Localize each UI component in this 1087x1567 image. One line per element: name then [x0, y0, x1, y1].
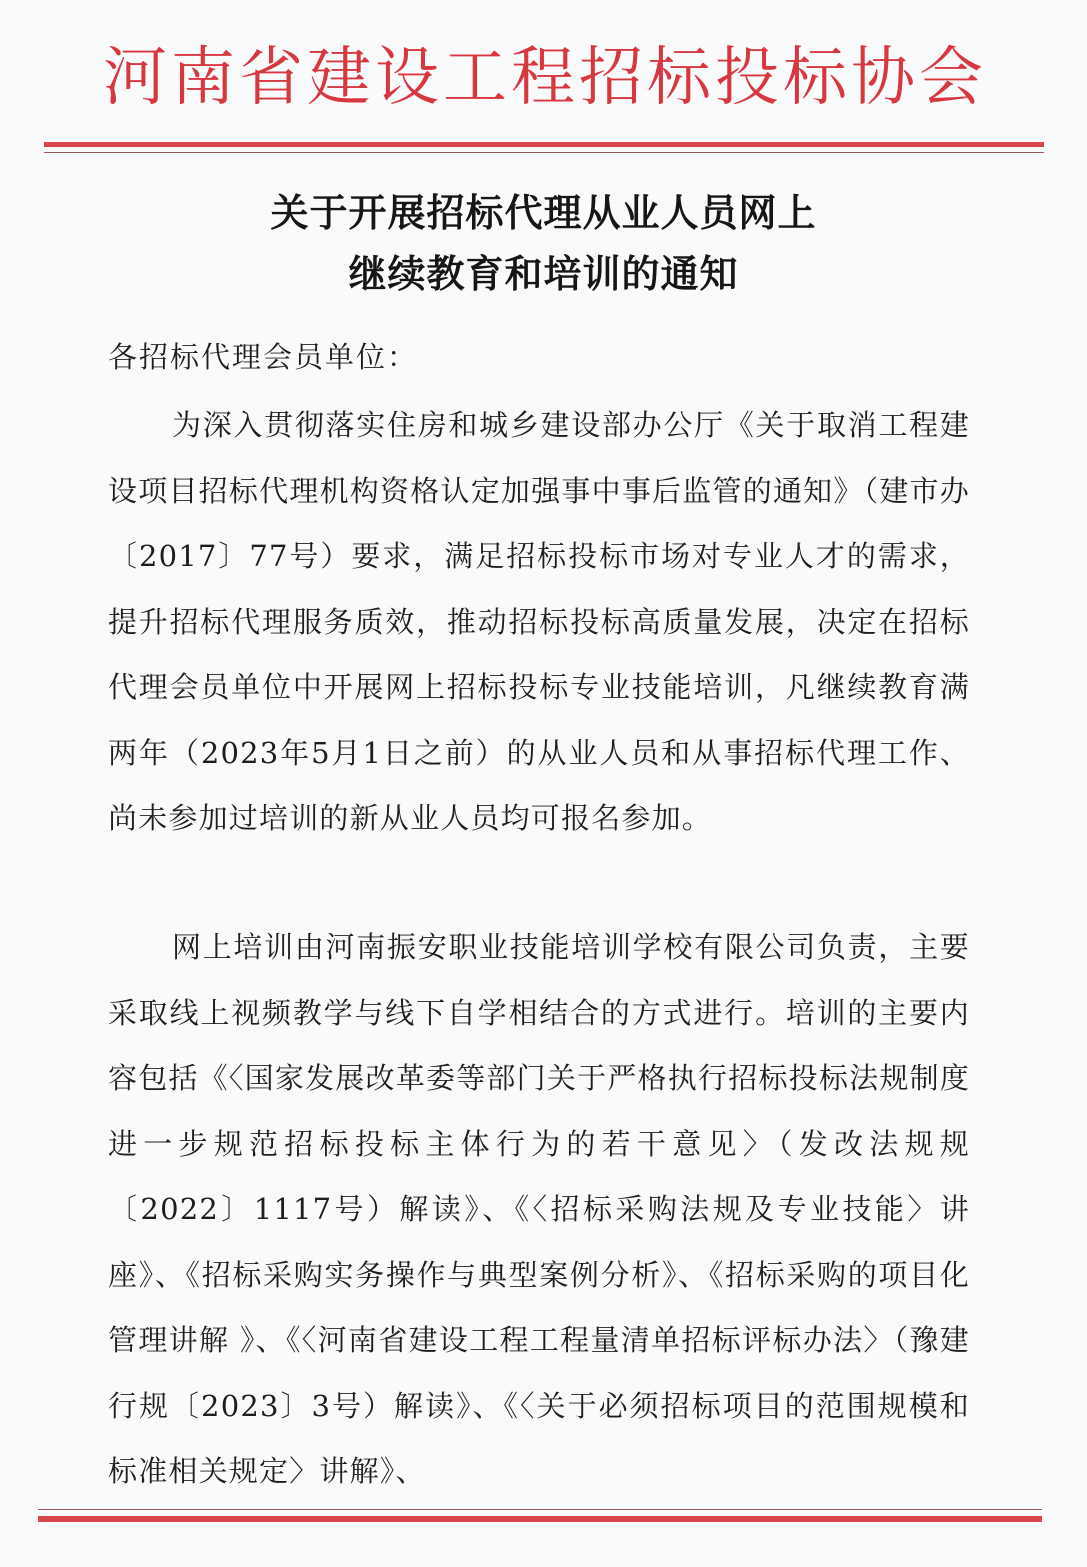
header-rule-thick [44, 142, 1044, 147]
header-rule-thin [44, 152, 1044, 153]
salutation: 各招标代理会员单位： [108, 335, 418, 376]
organization-name: 河南省建设工程招标投标协会 [70, 38, 1020, 118]
document-title-line-2: 继续教育和培训的通知 [0, 243, 1087, 298]
document-title-line-1: 关于开展招标代理从业人员网上 [0, 182, 1087, 237]
paragraph-2: 网上培训由河南振安职业技能培训学校有限公司负责，主要采取线上视频教学与线下自学相… [108, 915, 970, 1505]
footer-rule-thick [38, 1516, 1042, 1522]
footer-rule-thin [38, 1509, 1042, 1510]
paragraph-1: 为深入贯彻落实住房和城乡建设部办公厅《关于取消工程建设项目招标代理机构资格认定加… [108, 393, 970, 852]
